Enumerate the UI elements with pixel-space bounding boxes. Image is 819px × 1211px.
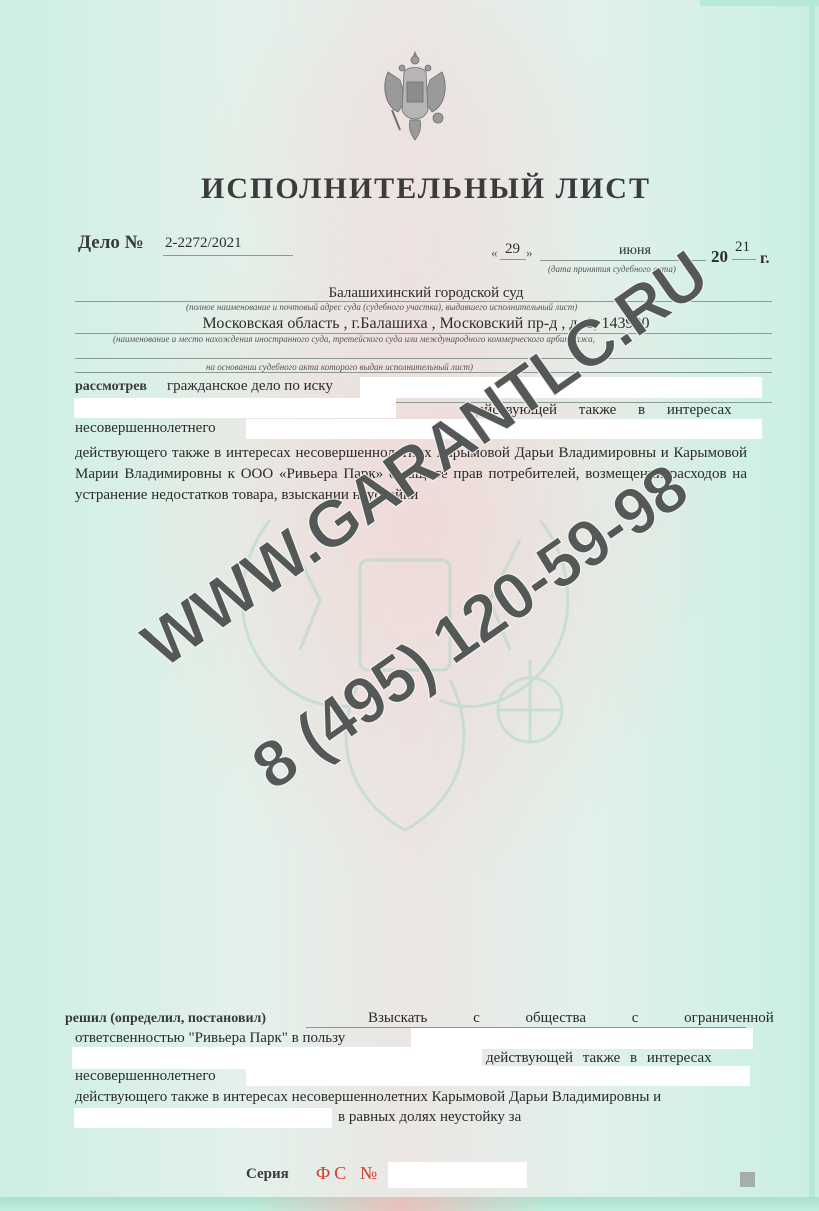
russian-coat-of-arms-icon <box>380 50 450 142</box>
background-emblem-icon <box>210 480 600 840</box>
date-day: 29 <box>505 241 520 258</box>
redacted-decision-minor <box>246 1066 750 1086</box>
decision-label: решил (определил, постановил) <box>65 1011 266 1027</box>
court-name-caption: (полное наименование и почтовый адрес су… <box>186 302 577 312</box>
court-name: Балашихинский городской суд <box>0 285 819 302</box>
case-label: Дело № <box>78 232 144 254</box>
date-month: июня <box>619 243 651 259</box>
basis-caption: на основании судебного акта которого выд… <box>206 362 473 372</box>
date-close-quote: » <box>526 245 533 261</box>
considered-label: рассмотрев <box>75 379 147 395</box>
marker-square <box>740 1172 755 1187</box>
decision-line1: Взыскать с общества с ограниченной <box>368 1010 774 1027</box>
redacted-decision-other <box>74 1108 332 1128</box>
decision-line5: действующего также в интересах несоверше… <box>75 1089 661 1106</box>
date-caption: (дата принятия судебного акта) <box>548 264 676 274</box>
redacted-series-number <box>388 1162 527 1188</box>
considered-lead: гражданское дело по иску <box>167 378 333 395</box>
decision-minor-lead: несовершеннолетнего <box>75 1068 216 1085</box>
decision-line2-lead: ответсвенностью "Ривьера Парк" в пользу <box>75 1030 345 1047</box>
date-year-unit: г. <box>760 250 769 268</box>
court-address: Московская область , г.Балашиха , Москов… <box>0 315 819 333</box>
court-address-caption: (наименование и место нахождения иностра… <box>113 334 595 344</box>
series-value: ФС <box>316 1163 350 1184</box>
redacted-recipient <box>411 1028 753 1049</box>
decision-line3-tail: действующей также в интересах <box>486 1050 712 1067</box>
redacted-plaintiff <box>360 377 762 398</box>
case-number: 2-2272/2021 <box>165 235 242 252</box>
date-year-suffix: 21 <box>735 239 750 256</box>
considered-minor-lead: несовершеннолетнего <box>75 420 216 437</box>
considered-line2-tail: действующей также в интересах <box>470 402 732 419</box>
date-open-quote: « <box>491 245 498 261</box>
redacted-plaintiff-cont <box>74 398 396 418</box>
date-year-prefix: 20 <box>711 247 728 267</box>
decision-line6-tail: в равных долях неустойку за <box>338 1109 521 1126</box>
paper-border-bottom <box>0 1197 819 1211</box>
series-number-sign: № <box>360 1163 377 1184</box>
series-label: Серия <box>246 1166 289 1183</box>
paper-border-top <box>700 0 819 6</box>
considered-paragraph: действующего также в интересах несоверше… <box>75 443 747 506</box>
redacted-minor <box>246 419 762 439</box>
document-title: ИСПОЛНИТЕЛЬНЫЙ ЛИСТ <box>0 172 819 206</box>
